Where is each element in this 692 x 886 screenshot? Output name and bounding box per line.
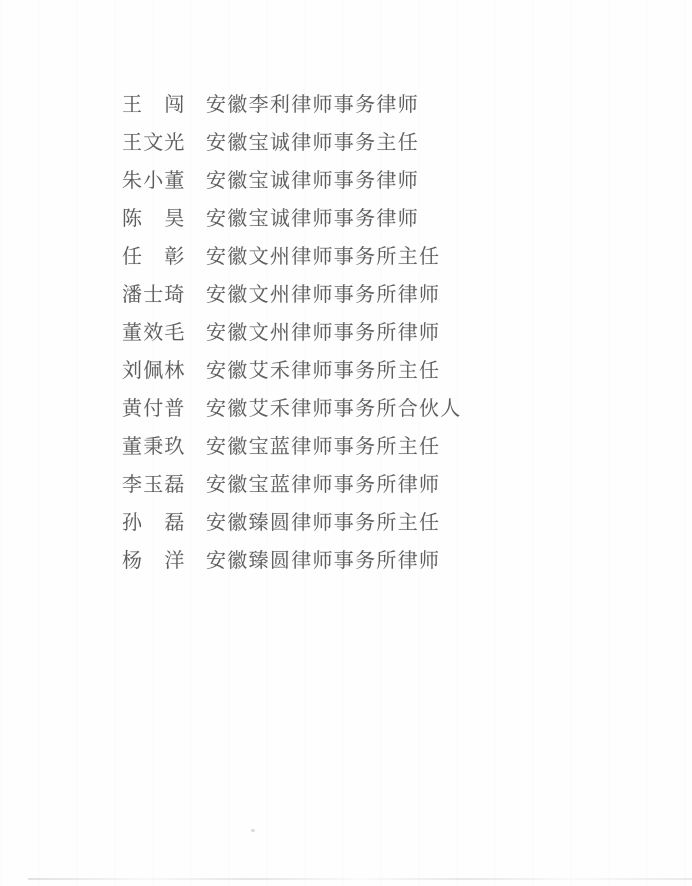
person-name: 王 闯 — [122, 86, 206, 124]
person-name: 任 彰 — [122, 238, 206, 276]
roster-row: 李玉磊 安徽宝蓝律师事务所律师 — [122, 466, 462, 504]
person-name: 孙 磊 — [122, 504, 206, 542]
roster-row: 王文光 安徽宝诚律师事务主任 — [122, 124, 462, 162]
roster-row: 杨 洋 安徽臻圆律师事务所律师 — [122, 542, 462, 580]
person-affiliation: 安徽臻圆律师事务所主任 — [206, 504, 440, 542]
person-name: 董秉玖 — [122, 428, 206, 466]
person-affiliation: 安徽宝蓝律师事务所律师 — [206, 466, 440, 504]
person-affiliation: 安徽艾禾律师事务所合伙人 — [206, 390, 462, 428]
person-name: 董效毛 — [122, 314, 206, 352]
roster-row: 陈 昊 安徽宝诚律师事务律师 — [122, 200, 462, 238]
roster-row: 黄付普 安徽艾禾律师事务所合伙人 — [122, 390, 462, 428]
roster-row: 董秉玖 安徽宝蓝律师事务所主任 — [122, 428, 462, 466]
scan-edge-artifact — [28, 878, 692, 880]
person-affiliation: 安徽宝蓝律师事务所主任 — [206, 428, 440, 466]
person-affiliation: 安徽文州律师事务所主任 — [206, 238, 440, 276]
roster-row: 孙 磊 安徽臻圆律师事务所主任 — [122, 504, 462, 542]
roster-row: 潘士琦 安徽文州律师事务所律师 — [122, 276, 462, 314]
person-affiliation: 安徽文州律师事务所律师 — [206, 276, 440, 314]
person-name: 王文光 — [122, 124, 206, 162]
person-affiliation: 安徽臻圆律师事务所律师 — [206, 542, 440, 580]
person-name: 黄付普 — [122, 390, 206, 428]
roster-row: 王 闯 安徽李利律师事务律师 — [122, 86, 462, 124]
person-affiliation: 安徽文州律师事务所律师 — [206, 314, 440, 352]
roster-row: 刘佩林 安徽艾禾律师事务所主任 — [122, 352, 462, 390]
roster-list: 王 闯 安徽李利律师事务律师 王文光 安徽宝诚律师事务主任 朱小董 安徽宝诚律师… — [122, 86, 462, 580]
person-affiliation: 安徽宝诚律师事务主任 — [206, 124, 419, 162]
person-name: 李玉磊 — [122, 466, 206, 504]
person-name: 刘佩林 — [122, 352, 206, 390]
roster-row: 任 彰 安徽文州律师事务所主任 — [122, 238, 462, 276]
person-name: 潘士琦 — [122, 276, 206, 314]
person-affiliation: 安徽宝诚律师事务律师 — [206, 162, 419, 200]
roster-row: 朱小董 安徽宝诚律师事务律师 — [122, 162, 462, 200]
person-name: 陈 昊 — [122, 200, 206, 238]
roster-row: 董效毛 安徽文州律师事务所律师 — [122, 314, 462, 352]
person-affiliation: 安徽李利律师事务律师 — [206, 86, 419, 124]
person-name: 朱小董 — [122, 162, 206, 200]
person-affiliation: 安徽艾禾律师事务所主任 — [206, 352, 440, 390]
person-affiliation: 安徽宝诚律师事务律师 — [206, 200, 419, 238]
scanned-document-page: 王 闯 安徽李利律师事务律师 王文光 安徽宝诚律师事务主任 朱小董 安徽宝诚律师… — [0, 0, 692, 886]
person-name: 杨 洋 — [122, 542, 206, 580]
scan-speck-artifact — [251, 829, 255, 832]
